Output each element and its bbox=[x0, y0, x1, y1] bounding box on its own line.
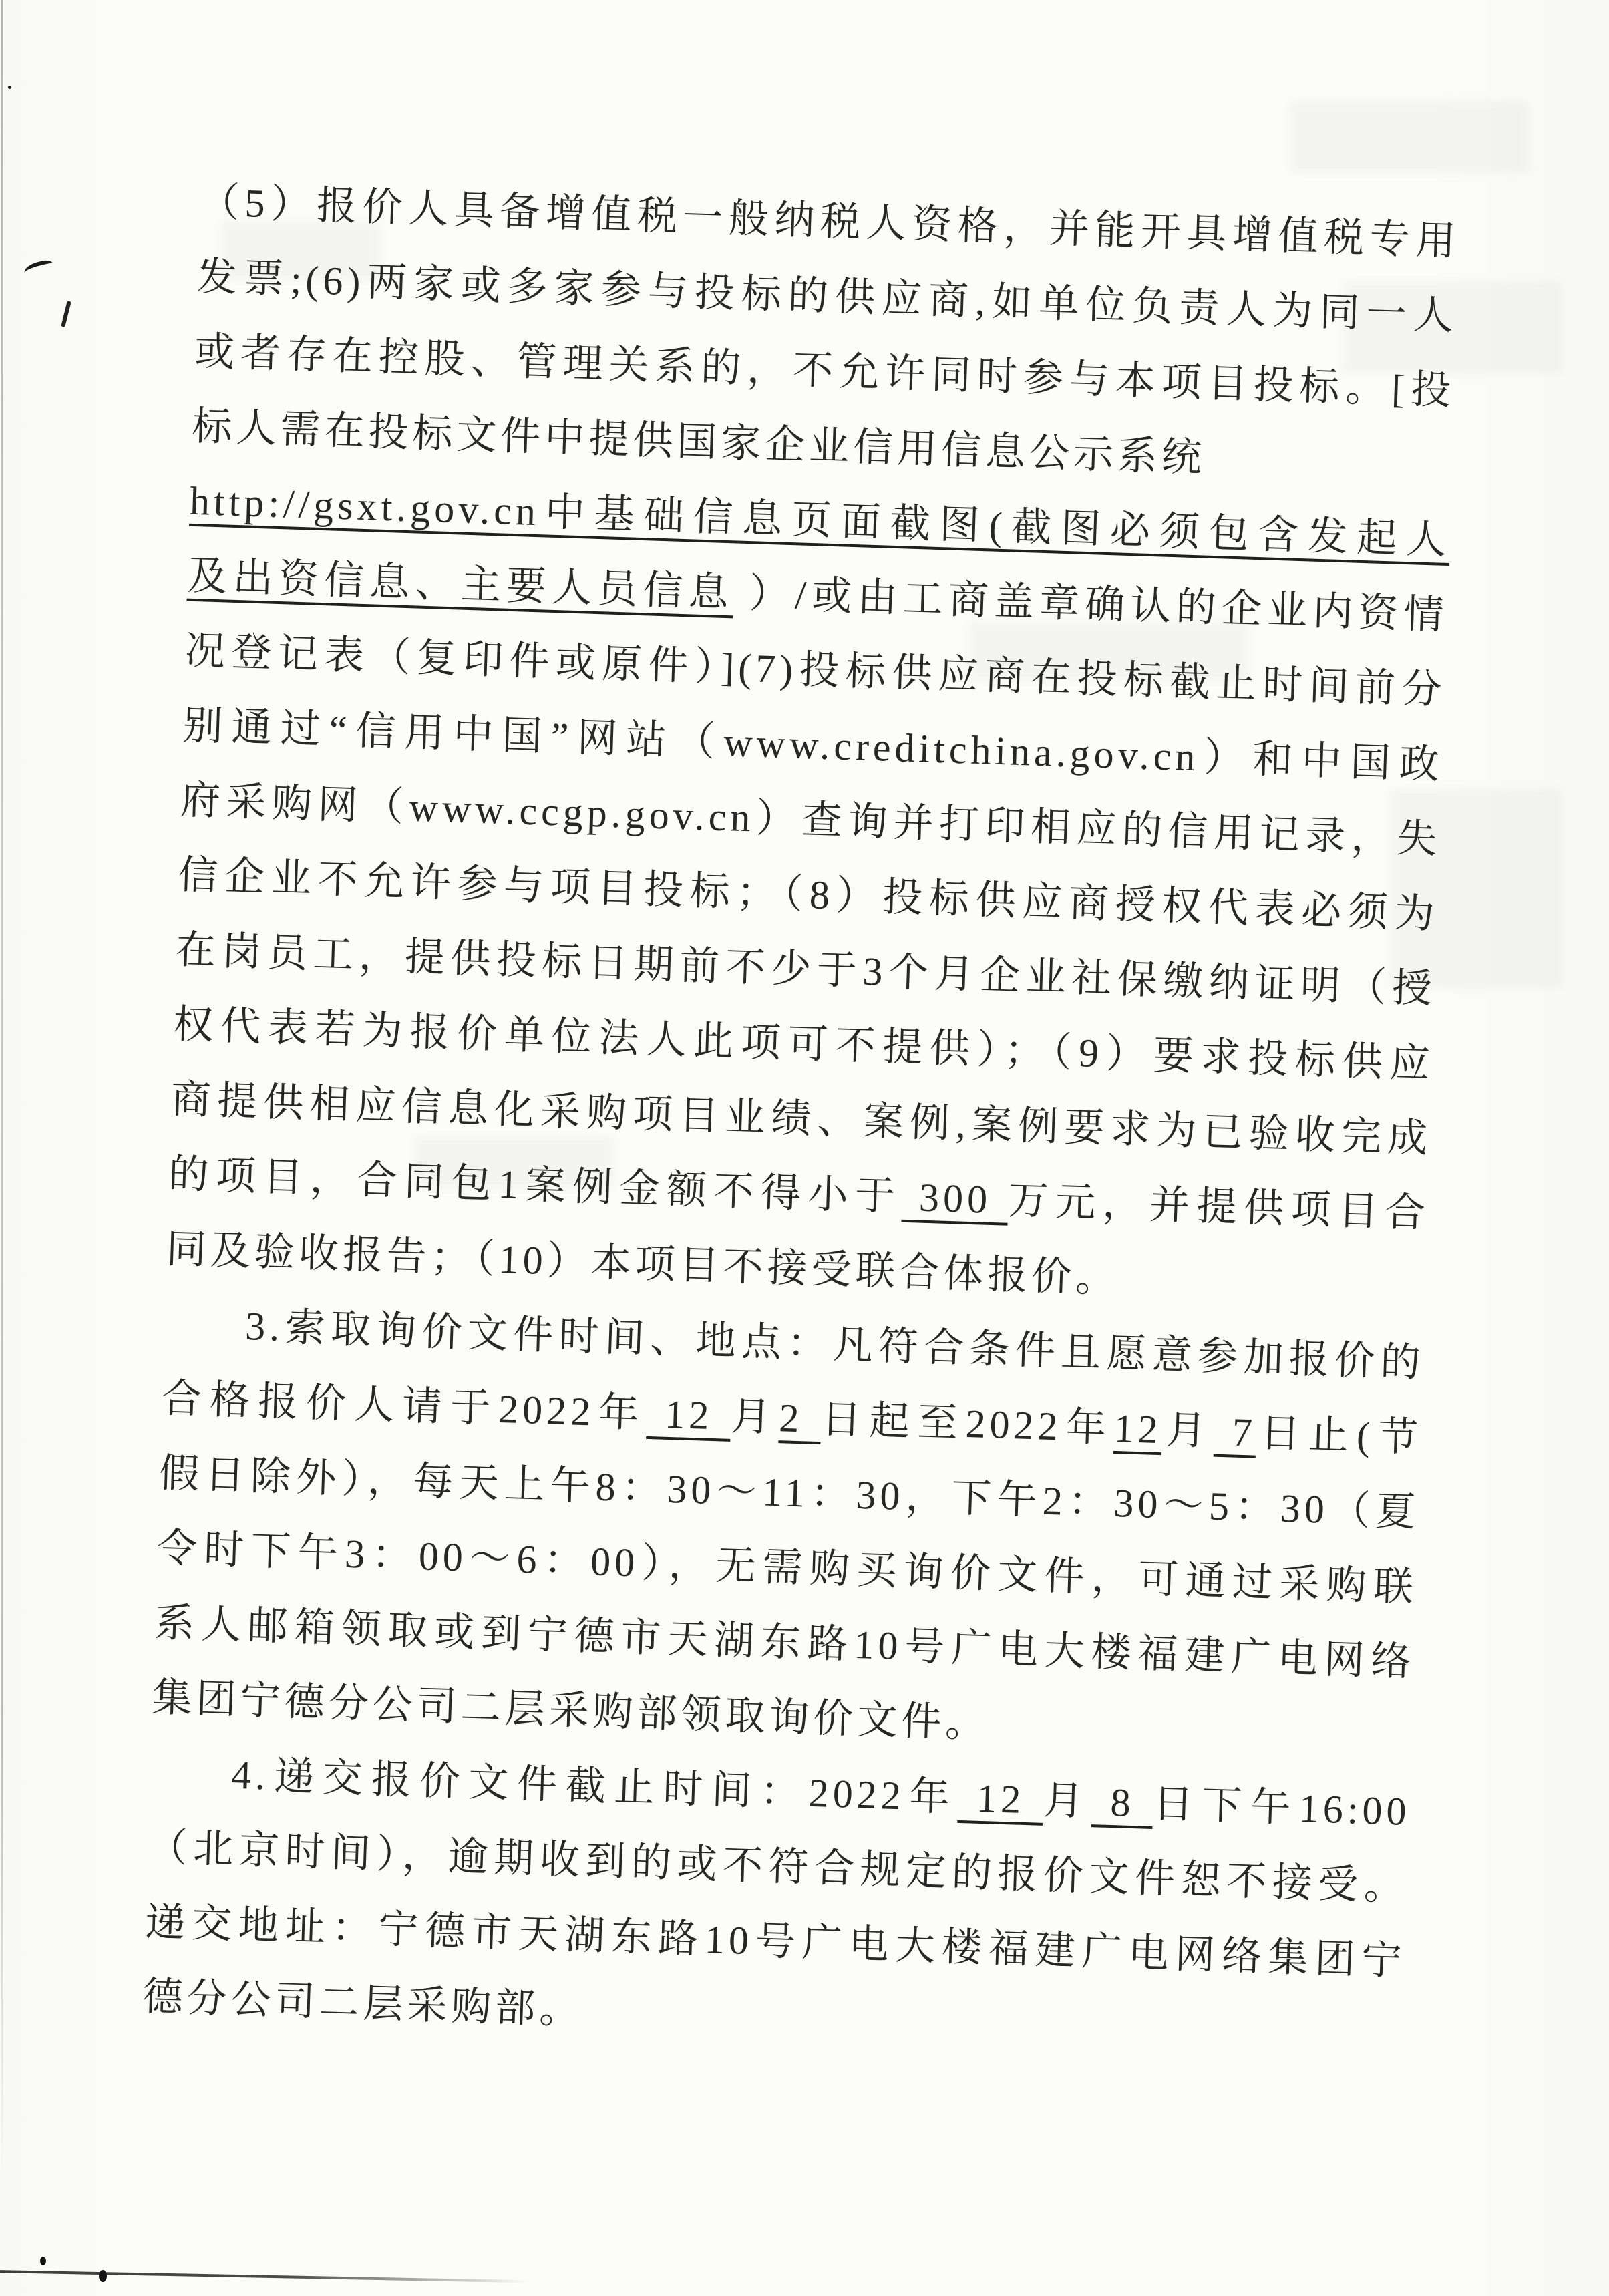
text-segment: 德分公司二层采购部。 bbox=[142, 1975, 584, 2033]
text-segment: 日止(节 bbox=[1256, 1411, 1423, 1460]
text-segment: 的项目，合同包1案例金额不得小于 bbox=[168, 1152, 902, 1218]
text-segment: 月 bbox=[1161, 1408, 1215, 1453]
underlined-text: 2 bbox=[778, 1396, 822, 1441]
document-text: （5）报价人具备增值税一般纳税人资格，并能开具增值税专用发票;(6)两家或多家参… bbox=[142, 164, 1461, 2074]
text-segment: 月 bbox=[730, 1394, 779, 1440]
text-segment: 4.递交报价文件截止时间：2022年 bbox=[230, 1753, 958, 1820]
underlined-text: 8 bbox=[1091, 1780, 1154, 1826]
text-segment: 万元，并提供项目合 bbox=[1008, 1178, 1430, 1236]
underlined-text: 12 bbox=[646, 1391, 731, 1438]
text-segment: 日下午16:00 bbox=[1152, 1782, 1411, 1834]
underlined-text: 300 bbox=[902, 1175, 1009, 1222]
ghost-text-artifact bbox=[1289, 100, 1530, 174]
underlined-text: 7 bbox=[1214, 1410, 1257, 1455]
text-segment: ）/或由工商盖章确认的企业内资情 bbox=[733, 570, 1449, 637]
scan-speck bbox=[8, 86, 11, 89]
text-segment: 集团宁德分公司二层采购部领取询价文件。 bbox=[152, 1675, 990, 1746]
text-segment: 合格报价人请于2022年 bbox=[161, 1376, 647, 1436]
text-segment: 日起至2022年 bbox=[821, 1397, 1115, 1450]
underlined-text: 12 bbox=[957, 1776, 1044, 1822]
underlined-text: 12 bbox=[1113, 1406, 1163, 1452]
underlined-text: 及出资信息、主要人员信息 bbox=[187, 554, 735, 615]
text-segment: 月 bbox=[1043, 1778, 1093, 1824]
scan-speck bbox=[99, 2270, 107, 2282]
scan-edge-line-left bbox=[1, 0, 3, 2181]
text-segment: 同及验收报告；（10）本项目不接受联合体报价。 bbox=[166, 1226, 1120, 1301]
scan-speck bbox=[40, 2257, 46, 2265]
